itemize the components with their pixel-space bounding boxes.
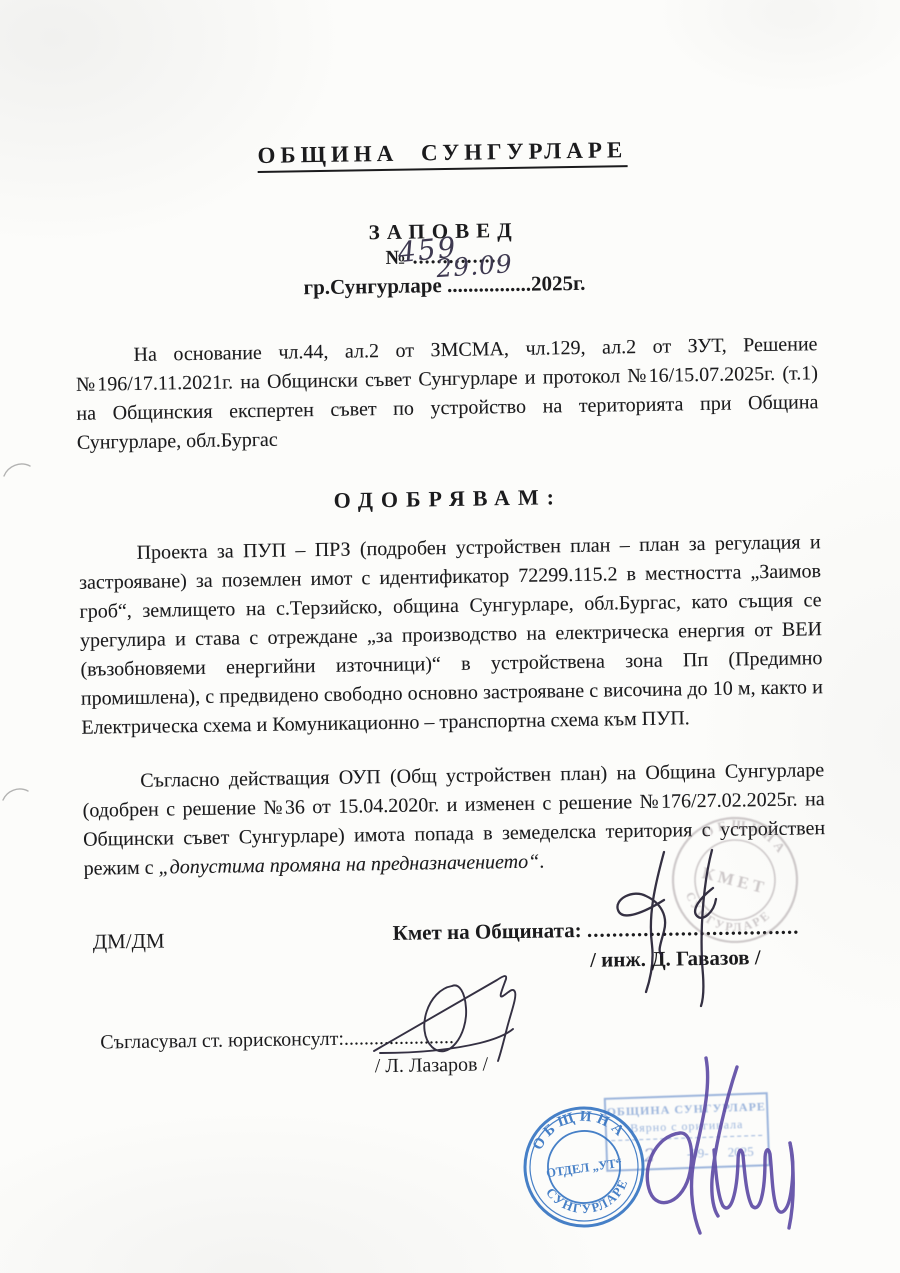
approve-heading: ОДОБРЯВАМ: (0, 479, 898, 519)
approval-paragraph: Проекта за ПУП – ПРЗ (подробен устройств… (78, 528, 823, 743)
agreed-signature-line: Съгласувал ст. юрисконсулт:.............… (100, 1026, 454, 1055)
municipality-title-text: ОБЩИНА СУНГУРЛАРЕ (257, 137, 627, 173)
mayor-name: / инж. Д. Гавазов / (590, 945, 761, 973)
document-content: ОБЩИНА СУНГУРЛАРЕ ЗАПОВЕД № ............… (0, 0, 900, 1273)
grounds-paragraph: На основание чл.44, ал.2 от ЗМСМА, чл.12… (75, 330, 819, 458)
clerk-initials: ДМ/ДМ (93, 929, 165, 955)
order-year: 2025г. (531, 271, 586, 296)
mayor-label: Кмет на Общината: (392, 918, 581, 945)
oup-paragraph: Съгласно действащия ОУП (Общ устройствен… (82, 756, 826, 884)
scanned-order-document: ОБЩИНА СУНГУРЛАРЕ ЗАПОВЕД № ............… (0, 0, 900, 1273)
order-place: гр.Сунгурларе (303, 273, 442, 299)
agreed-dotted-line: ...................... (344, 1026, 454, 1050)
jurisconsult-name: / Л. Лазаров / (375, 1053, 489, 1078)
mayor-signature-line: Кмет на Общината: ......................… (392, 915, 799, 946)
handwritten-date: 29.09 (435, 249, 513, 283)
mayor-dotted-line: .................................. (587, 915, 800, 942)
municipality-title: ОБЩИНА СУНГУРЛАРЕ (0, 133, 893, 173)
agreed-label: Съгласувал ст. юрисконсулт: (100, 1028, 344, 1054)
oup-paragraph-period: . (539, 851, 544, 873)
oup-paragraph-italic: „допустима промяна на предназначението“ (158, 851, 539, 879)
